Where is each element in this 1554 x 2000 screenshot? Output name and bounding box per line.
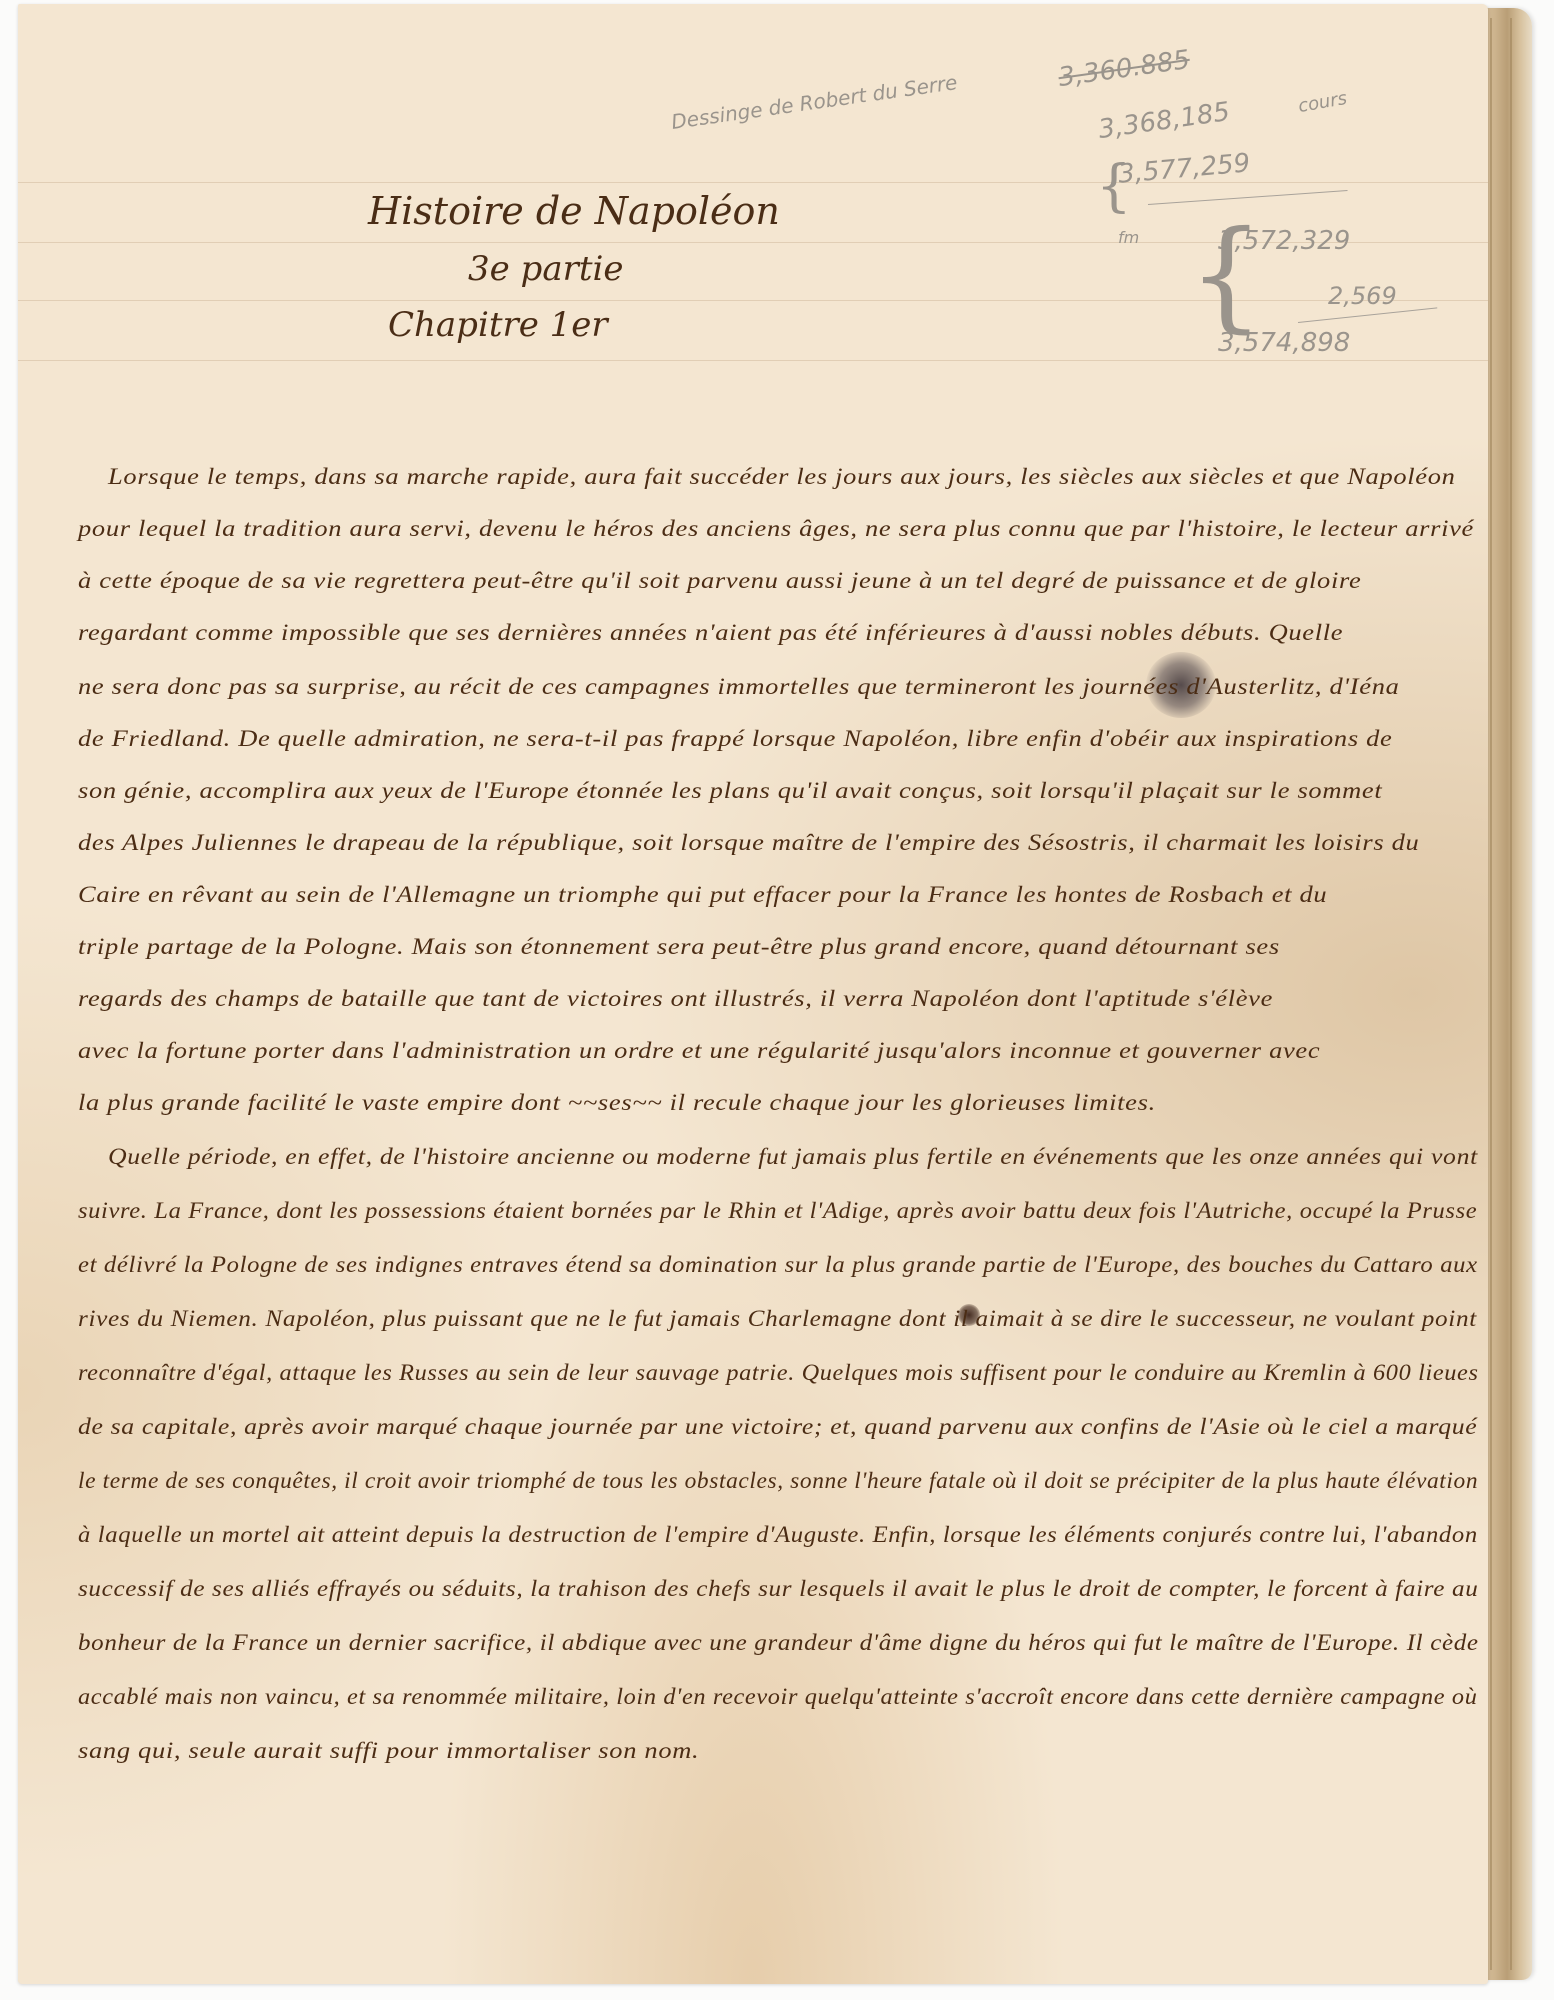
text-line: Quelle période, en effet, de l'histoire … <box>108 1144 1478 1170</box>
text-line: reconnaître d'égal, attaque les Russes a… <box>78 1360 1479 1386</box>
text-line: de sa capitale, après avoir marqué chaqu… <box>78 1414 1477 1440</box>
text-line: sang qui, seule aurait suffi pour immort… <box>78 1738 699 1764</box>
text-line: suivre. La France, dont les possessions … <box>78 1198 1477 1224</box>
manuscript-page: Histoire de Napoléon 3e partie Chapitre … <box>18 4 1488 1984</box>
document-chapter: Chapitre 1er <box>388 305 608 345</box>
ruled-line <box>18 182 1488 183</box>
text-line: Caire en rêvant au sein de l'Allemagne u… <box>78 882 1327 908</box>
text-line: regardant comme impossible que ses derni… <box>78 620 1343 646</box>
text-line: de Friedland. De quelle admiration, ne s… <box>78 726 1392 752</box>
document-part: 3e partie <box>468 249 624 289</box>
text-line: avec la fortune porter dans l'administra… <box>78 1038 1320 1064</box>
pencil-note-right: cours <box>1297 88 1349 117</box>
pencil-figure-struck: 3,360.885 <box>1057 45 1192 93</box>
text-line: son génie, accomplira aux yeux de l'Euro… <box>78 778 1382 804</box>
pencil-figure: 3,577,259 <box>1117 148 1251 189</box>
document-title: Histoire de Napoléon <box>368 189 780 233</box>
ruled-line <box>18 360 1488 361</box>
text-line: successif de ses alliés effrayés ou sédu… <box>78 1576 1478 1602</box>
pencil-sum-line <box>1148 190 1348 205</box>
text-line: des Alpes Juliennes le drapeau de la rép… <box>78 830 1419 856</box>
text-line: à laquelle un mortel ait atteint depuis … <box>78 1522 1478 1548</box>
text-line: bonheur de la France un dernier sacrific… <box>78 1630 1479 1656</box>
pencil-brace: { <box>1096 154 1132 219</box>
text-line: regards des champs de bataille que tant … <box>78 986 1273 1012</box>
text-line: Lorsque le temps, dans sa marche rapide,… <box>108 464 1456 490</box>
text-line: à cette époque de sa vie regrettera peut… <box>78 568 1361 594</box>
text-line: triple partage de la Pologne. Mais son é… <box>78 934 1280 960</box>
text-line: pour lequel la tradition aura servi, dev… <box>78 516 1474 542</box>
text-line: rives du Niemen. Napoléon, plus puissant… <box>78 1306 1477 1332</box>
pencil-note-small: fm <box>1118 228 1139 247</box>
text-line: accablé mais non vaincu, et sa renommée … <box>78 1684 1478 1710</box>
ruled-line <box>18 300 1488 301</box>
text-line: et délivré la Pologne de ses indignes en… <box>78 1252 1478 1278</box>
pencil-brace: { <box>1188 216 1264 336</box>
pencil-note: Dessinge de Robert du Serre <box>670 70 959 134</box>
pencil-figure: 2,569 <box>1328 282 1397 310</box>
text-line: le terme de ses conquêtes, il croit avoi… <box>78 1468 1478 1494</box>
text-line: la plus grande facilité le vaste empire … <box>78 1090 1156 1116</box>
text-line: ne sera donc pas sa surprise, au récit d… <box>78 674 1400 700</box>
pencil-figure: 3,368,185 <box>1097 97 1232 145</box>
